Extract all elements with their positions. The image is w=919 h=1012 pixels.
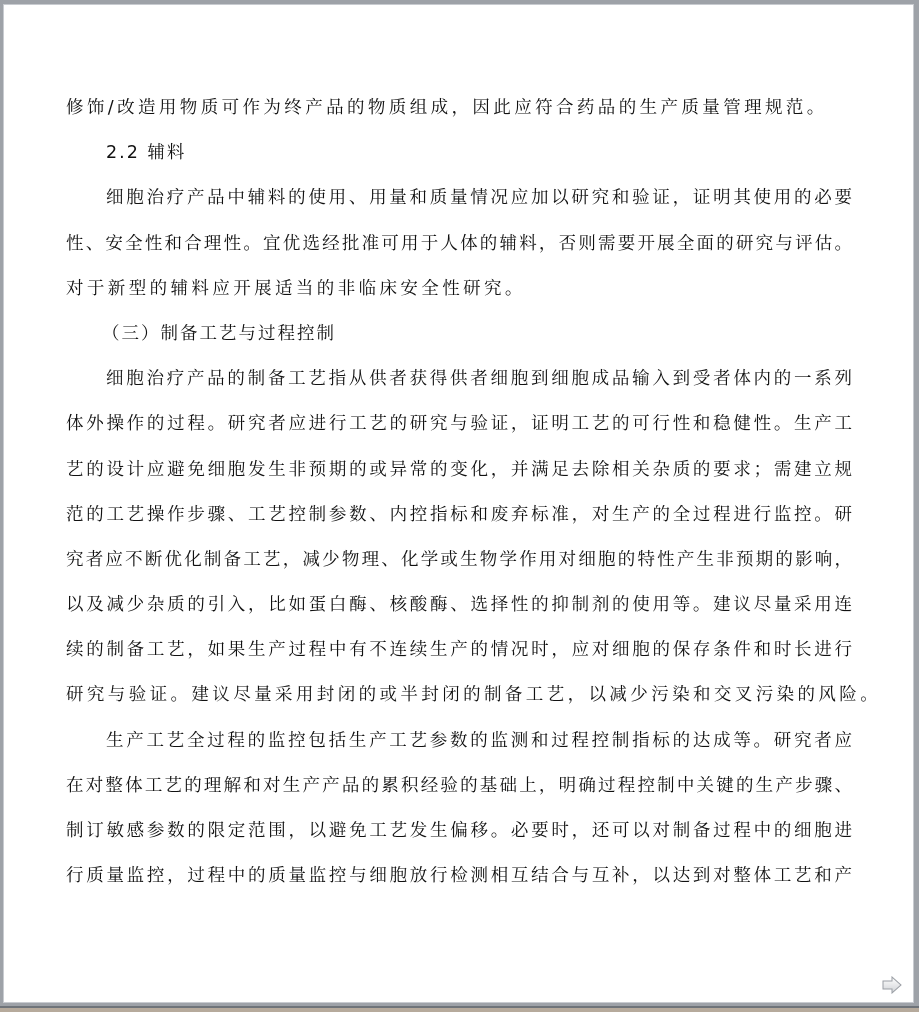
text-line-4: 性、安全性和合理性。宜优选经批准可用于人体的辅料，否则需要开展全面的研究与评估。 (66, 222, 852, 267)
text-line-17: 制订敏感参数的限定范围，以避免工艺发生偏移。必要时，还可以对制备过程中的细胞进 (66, 809, 852, 854)
text-line-10: 范的工艺操作步骤、工艺控制参数、内控指标和废弃标准，对生产的全过程进行监控。研 (66, 493, 852, 538)
document-body: 修饰/改造用物质可作为终产品的物质组成，因此应符合药品的生产质量管理规范。 2.… (66, 86, 852, 899)
viewer-bottom-edge (0, 1006, 919, 1012)
next-page-button[interactable] (882, 976, 902, 994)
heading-2-2-excipients: 2.2 辅料 (66, 131, 852, 176)
text-line-11: 究者应不断优化制备工艺，减少物理、化学或生物学作用对细胞的特性产生非预期的影响， (66, 538, 852, 583)
text-line-1: 修饰/改造用物质可作为终产品的物质组成，因此应符合药品的生产质量管理规范。 (66, 86, 852, 131)
text-line-3: 细胞治疗产品中辅料的使用、用量和质量情况应加以研究和验证，证明其使用的必要 (66, 176, 852, 221)
text-line-14: 研究与验证。建议尽量采用封闭的或半封闭的制备工艺，以减少污染和交叉污染的风险。 (66, 673, 852, 718)
text-line-9: 艺的设计应避免细胞发生非预期的或异常的变化，并满足去除相关杂质的要求；需建立规 (66, 448, 852, 493)
section-heading-3: （三）制备工艺与过程控制 (66, 312, 852, 357)
text-line-8: 体外操作的过程。研究者应进行工艺的研究与验证，证明工艺的可行性和稳健性。生产工 (66, 402, 852, 447)
text-line-18: 行质量监控，过程中的质量监控与细胞放行检测相互结合与互补，以达到对整体工艺和产 (66, 854, 852, 899)
text-line-15: 生产工艺全过程的监控包括生产工艺参数的监测和过程控制指标的达成等。研究者应 (66, 719, 852, 764)
text-line-12: 以及减少杂质的引入，比如蛋白酶、核酸酶、选择性的抑制剂的使用等。建议尽量采用连 (66, 583, 852, 628)
arrow-right-icon (882, 976, 902, 994)
text-line-5: 对于新型的辅料应开展适当的非临床安全性研究。 (66, 267, 852, 312)
text-line-16: 在对整体工艺的理解和对生产产品的累积经验的基础上，明确过程控制中关键的生产步骤、 (66, 764, 852, 809)
text-line-7: 细胞治疗产品的制备工艺指从供者获得供者细胞到细胞成品输入到受者体内的一系列 (66, 357, 852, 402)
text-line-13: 续的制备工艺，如果生产过程中有不连续生产的情况时，应对细胞的保存条件和时长进行 (66, 628, 852, 673)
